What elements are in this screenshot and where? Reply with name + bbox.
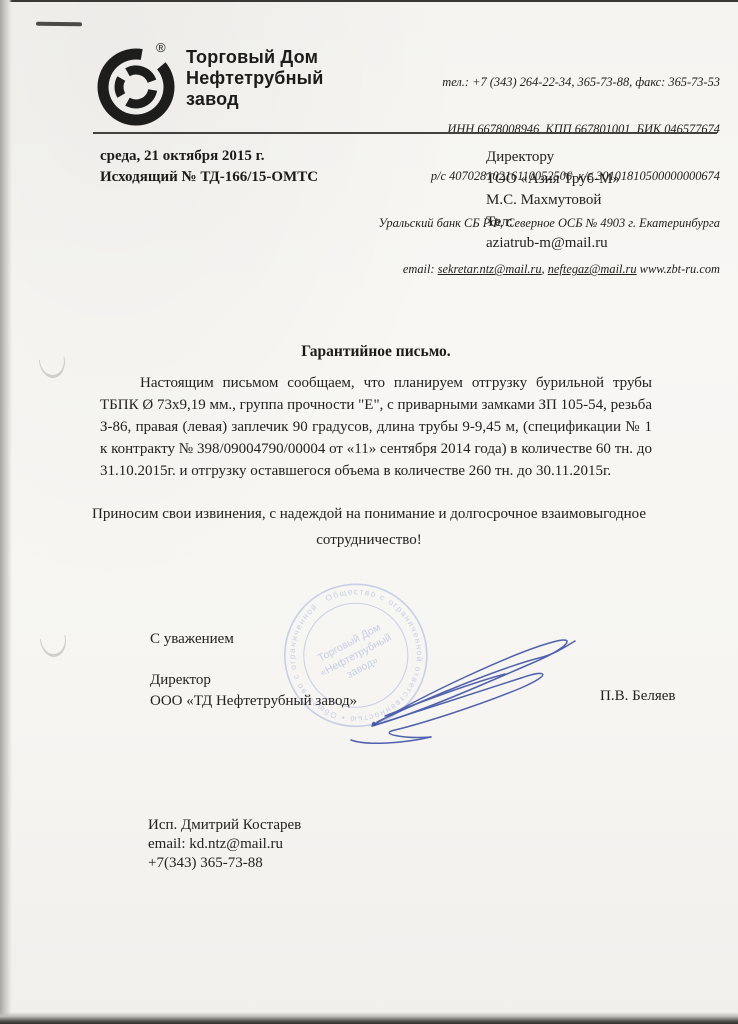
email-link: neftegaz@mail.ru [548, 262, 637, 276]
recipient-line: М.С. Махмутовой [486, 190, 620, 212]
apology-paragraph: Приносим свои извинения, с надеждой на п… [69, 501, 669, 553]
letter-date: среда, 21 октября 2015 г. [100, 146, 318, 167]
handwritten-signature [325, 612, 615, 762]
closing-salutation: С уважением [150, 631, 234, 648]
executor-email: email: kd.ntz@mail.ru [148, 835, 301, 854]
punch-hole-mark [39, 356, 68, 379]
registered-trademark-icon: ® [156, 40, 166, 55]
signer-company: ООО «ТД Нефтетрубный завод» [150, 691, 357, 712]
company-logo-icon [96, 46, 186, 139]
recipient-line: ТОО «Азия Труб-М» [486, 169, 620, 191]
contact-email-line: email: sekretar.ntz@mail.ru, neftegaz@ma… [270, 262, 720, 278]
recipient-line: Директору [486, 147, 620, 169]
executor-phone: +7(343) 365-73-88 [148, 854, 301, 873]
contact-inn-line: ИНН 6678008946 КПП 667801001 БИК 0465776… [270, 122, 720, 138]
website-link: www.zbt-ru.com [637, 262, 720, 276]
signer-position: Директор [150, 670, 357, 691]
signer-block: Директор ООО «ТД Нефтетрубный завод» [150, 670, 357, 712]
executor-block: Исп. Дмитрий Костарев email: kd.ntz@mail… [148, 816, 301, 873]
contact-phone-line: тел.: +7 (343) 264-22-34, 365-73-88, фак… [270, 75, 720, 91]
letter-meta: среда, 21 октября 2015 г. Исходящий № ТД… [100, 146, 318, 188]
recipient-line: Тел: [486, 212, 620, 234]
header-divider [93, 132, 717, 134]
email-label: email: [403, 262, 438, 276]
recipient-email: aziatrub-m@mail.ru [486, 233, 620, 255]
signer-name: П.В. Беляев [600, 688, 675, 705]
scanner-top-edge [0, 0, 738, 2]
outgoing-number: Исходящий № ТД-166/15-ОМТС [100, 167, 318, 188]
email-link: sekretar.ntz@mail.ru [438, 262, 542, 276]
punch-hole-mark [40, 635, 69, 658]
staple-mark [36, 22, 82, 27]
letter-body: Настоящим письмом сообщаем, что планируе… [100, 372, 652, 482]
scanner-bottom-edge [0, 1012, 738, 1024]
page-left-edge-shadow [0, 0, 12, 1024]
scanned-letter-page: ® Торговый Дом Нефтетрубный завод тел.: … [0, 0, 738, 1024]
executor-name: Исп. Дмитрий Костарев [148, 816, 301, 835]
letter-title: Гарантийное письмо. [100, 343, 652, 361]
recipient-block: Директору ТОО «Азия Труб-М» М.С. Махмуто… [486, 147, 620, 255]
